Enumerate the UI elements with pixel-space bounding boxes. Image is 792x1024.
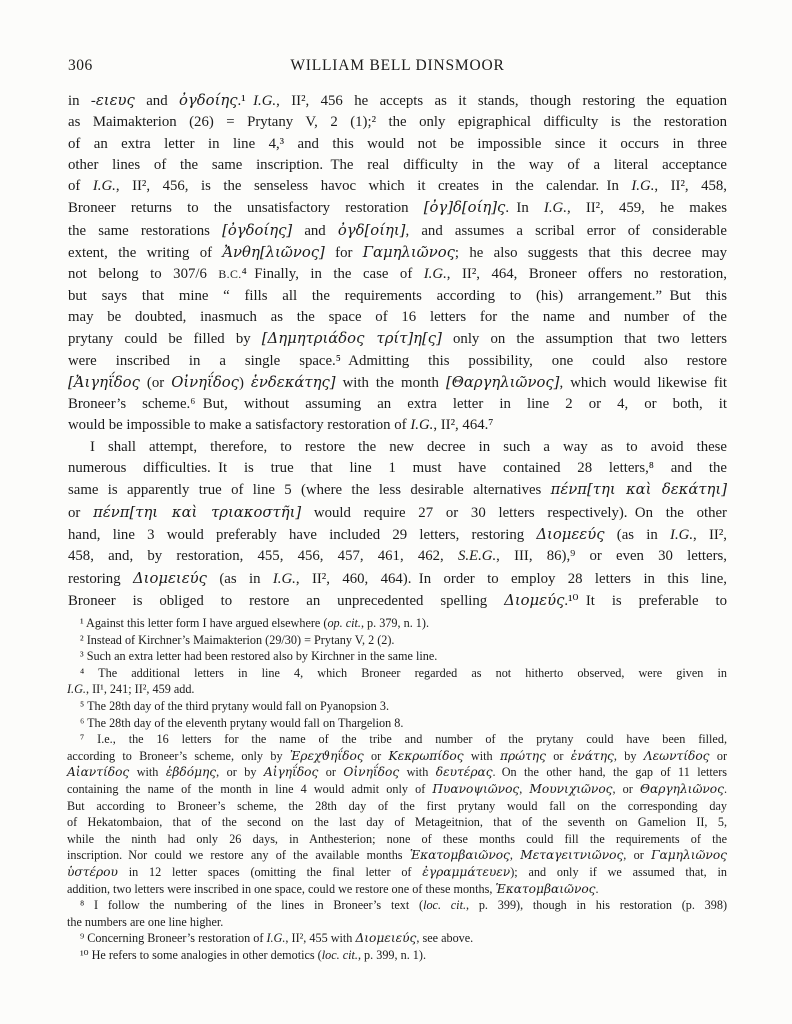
text-line: ² Instead of Kirchner’s Maimakterion (29… [67,632,727,649]
text-line: according to Broneer’s scheme, only by Ἐ… [67,748,727,765]
footnote: ¹⁰ He refers to some analogies in other … [67,947,727,964]
text-line: the numbers are one line higher. [67,914,727,931]
text-line: would be impossible to make a satisfacto… [68,415,727,436]
text-line: prytany could be filled by [Δημητριάδος … [68,328,727,350]
text-line: Broneer’s scheme.⁶ But, without assuming… [68,394,727,415]
text-line: extent, the writing of Ἀνθη[λιῶνος] for … [68,242,727,264]
text-line: hand, line 3 would preferably have inclu… [68,524,727,546]
text-line: ⁵ The 28th day of the third prytany woul… [67,698,727,715]
paragraph: I shall attempt, therefore, to restore t… [68,437,727,612]
footnote: ¹ Against this letter form I have argued… [67,615,727,632]
page-number: 306 [68,57,93,75]
text-line: may be doubted, inasmuch as the space of… [68,307,727,328]
text-line: [Ἀιγηΐδος (or Οἰνηΐδος) ἑνδεκάτης] with … [68,372,727,394]
text-line: other lines of the same inscription. The… [68,155,727,176]
footnote: ⁴ The additional letters in line 4, whic… [67,665,727,698]
text-line: ⁶ The 28th day of the eleventh prytany w… [67,715,727,732]
text-line: but says that mine “ fills all the requi… [68,286,727,307]
text-line: were inscribed in a single space.⁵ Admit… [68,351,727,372]
text-line: ⁴ The additional letters in line 4, whic… [67,665,727,682]
footnote: ⁹ Concerning Broneer’s restoration of I.… [67,930,727,947]
text-line: ⁸ I follow the numbering of the lines in… [67,897,727,914]
text-line: numerous difficulties. It is true that l… [68,458,727,479]
text-line: or πένπ[τηι καὶ τριακοστῆι] would requir… [68,502,727,524]
text-line: I.G., II¹, 241; II², 459 add. [67,681,727,698]
text-line: 458, and, by restoration, 455, 456, 457,… [68,546,727,567]
text-line: ³ Such an extra letter had been restored… [67,648,727,665]
running-title: WILLIAM BELL DINSMOOR [68,57,727,75]
footnote: ⁵ The 28th day of the third prytany woul… [67,698,727,715]
text-line: containing the name of the month in line… [67,781,727,798]
body-text: in -ειευς and ὀγδοίης.¹ I.G., II², 456 h… [68,90,727,612]
text-line: But according to Broneer’s scheme, the 2… [67,798,727,815]
text-line: inscription. Nor could we restore any of… [67,847,727,864]
text-line: Broneer is obliged to restore an unprece… [68,590,727,612]
text-line: the same restorations [ὀγδοίης] and ὀγδ[… [68,220,727,242]
text-line: ¹ Against this letter form I have argued… [67,615,727,632]
text-line: ⁷ I.e., the 16 letters for the name of t… [67,731,727,748]
page-header: 306 WILLIAM BELL DINSMOOR [68,57,727,75]
text-line: Αἰαντίδος with ἑβδόμης, or by Αἰγηΐδος o… [67,764,727,781]
text-line: as Maimakterion (26) = Prytany V, 2 (1);… [68,112,727,133]
text-line: ὑστέρου in 12 letter spaces (omitting th… [67,864,727,881]
footnote: ⁷ I.e., the 16 letters for the name of t… [67,731,727,897]
text-line: while the ninth had only 26 days, in Ant… [67,831,727,848]
footnote: ² Instead of Kirchner’s Maimakterion (29… [67,632,727,649]
footnotes-section: ¹ Against this letter form I have argued… [67,615,727,963]
text-line: of an extra letter in line 4,³ and this … [68,134,727,155]
text-line: Broneer returns to the unsatisfactory re… [68,197,727,219]
text-line: same is apparently true of line 5 (where… [68,479,727,501]
text-line: in -ειευς and ὀγδοίης.¹ I.G., II², 456 h… [68,90,727,112]
footnote: ³ Such an extra letter had been restored… [67,648,727,665]
text-line: of I.G., II², 456, is the senseless havo… [68,176,727,197]
footnote: ⁶ The 28th day of the eleventh prytany w… [67,715,727,732]
text-line: not belong to 307/6 B.C.⁴ Finally, in th… [68,264,727,285]
text-line: restoring Διομειεύς (as in I.G., II², 46… [68,568,727,590]
text-line: ¹⁰ He refers to some analogies in other … [67,947,727,964]
text-line: of Hekatombaion, that of the second on t… [67,814,727,831]
footnote: ⁸ I follow the numbering of the lines in… [67,897,727,930]
text-line: I shall attempt, therefore, to restore t… [68,437,727,458]
document-page: 306 WILLIAM BELL DINSMOOR in -ειευς and … [0,0,792,1024]
text-line: ⁹ Concerning Broneer’s restoration of I.… [67,930,727,947]
text-line: addition, two letters were inscribed in … [67,881,727,898]
paragraph: in -ειευς and ὀγδοίης.¹ I.G., II², 456 h… [68,90,727,437]
